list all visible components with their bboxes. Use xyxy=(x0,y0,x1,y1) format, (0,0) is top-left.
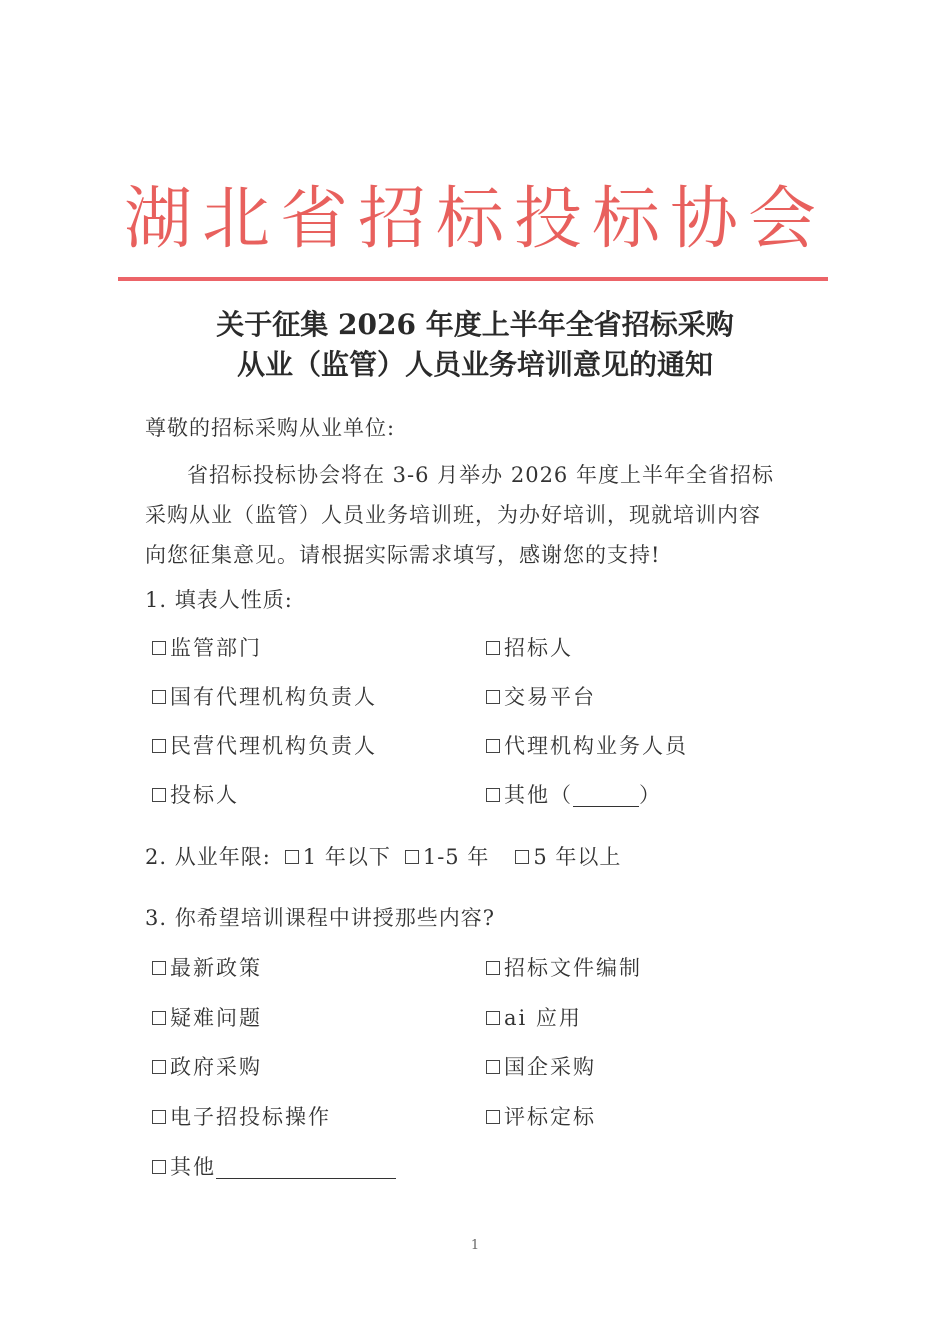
q1-label: 1. 填表人性质: xyxy=(145,585,293,615)
checkbox-icon[interactable] xyxy=(486,690,500,704)
q3-option[interactable]: 最新政策 xyxy=(152,953,262,983)
q3-option[interactable]: ai 应用 xyxy=(486,1003,582,1033)
q1-option[interactable]: 交易平台 xyxy=(486,682,596,712)
q3-option[interactable]: 招标文件编制 xyxy=(486,953,642,983)
q3-option[interactable]: 疑难问题 xyxy=(152,1003,262,1033)
title-line-2: 从业（监管）人员业务培训意见的通知 xyxy=(100,345,850,385)
checkbox-icon[interactable] xyxy=(152,1060,166,1074)
q1-option[interactable]: 监管部门 xyxy=(152,633,262,663)
q1-option[interactable]: 投标人 xyxy=(152,780,239,810)
q2-option[interactable]: 1 年以下 xyxy=(285,842,391,872)
body-line-2: 采购从业（监管）人员业务培训班，为办好培训，现就培训内容 xyxy=(145,495,815,535)
q2-label: 2. 从业年限: xyxy=(145,842,271,872)
body-line-3: 向您征集意见。请根据实际需求填写，感谢您的支持! xyxy=(145,535,815,575)
q3-option-other[interactable]: 其他 xyxy=(152,1152,396,1182)
q1-option[interactable]: 代理机构业务人员 xyxy=(486,731,688,761)
notice-title: 关于征集 2026 年度上半年全省招标采购 从业（监管）人员业务培训意见的通知 xyxy=(100,305,850,385)
checkbox-icon[interactable] xyxy=(152,739,166,753)
q1-option-other[interactable]: 其他（ ） xyxy=(486,780,662,810)
salutation: 尊敬的招标采购从业单位: xyxy=(145,408,395,448)
q1-option[interactable]: 招标人 xyxy=(486,633,573,663)
checkbox-icon[interactable] xyxy=(152,1011,166,1025)
q2-option[interactable]: 5 年以上 xyxy=(515,842,621,872)
q3-option[interactable]: 评标定标 xyxy=(486,1102,596,1132)
checkbox-icon[interactable] xyxy=(486,641,500,655)
checkbox-icon[interactable] xyxy=(486,788,500,802)
q3-option[interactable]: 政府采购 xyxy=(152,1052,262,1082)
q3-label: 3. 你希望培训课程中讲授那些内容? xyxy=(145,903,495,933)
checkbox-icon[interactable] xyxy=(152,690,166,704)
masthead-divider xyxy=(118,277,828,281)
title-line-1: 关于征集 2026 年度上半年全省招标采购 xyxy=(100,305,850,345)
checkbox-icon[interactable] xyxy=(285,850,299,864)
q1-option[interactable]: 民营代理机构负责人 xyxy=(152,731,377,761)
q3-option[interactable]: 国企采购 xyxy=(486,1052,596,1082)
q2-row: 2. 从业年限: 1 年以下 1-5 年 5 年以上 xyxy=(145,842,621,872)
q3-option[interactable]: 电子招投标操作 xyxy=(152,1102,331,1132)
q1-option[interactable]: 国有代理机构负责人 xyxy=(152,682,377,712)
checkbox-icon[interactable] xyxy=(405,850,419,864)
checkbox-icon[interactable] xyxy=(515,850,529,864)
checkbox-icon[interactable] xyxy=(152,641,166,655)
notice-body: 省招标投标协会将在 3-6 月举办 2026 年度上半年全省招标 采购从业（监管… xyxy=(145,455,815,575)
checkbox-icon[interactable] xyxy=(152,961,166,975)
checkbox-icon[interactable] xyxy=(486,1060,500,1074)
page-number: 1 xyxy=(0,1238,950,1253)
checkbox-icon[interactable] xyxy=(486,739,500,753)
checkbox-icon[interactable] xyxy=(486,1011,500,1025)
org-masthead: 湖北省招标投标协会 xyxy=(120,170,830,270)
other-fill-blank[interactable] xyxy=(216,1156,396,1179)
q2-option[interactable]: 1-5 年 xyxy=(405,842,490,872)
other-fill-blank[interactable] xyxy=(573,784,639,807)
checkbox-icon[interactable] xyxy=(152,1110,166,1124)
checkbox-icon[interactable] xyxy=(152,788,166,802)
checkbox-icon[interactable] xyxy=(152,1160,166,1174)
checkbox-icon[interactable] xyxy=(486,1110,500,1124)
body-line-1: 省招标投标协会将在 3-6 月举办 2026 年度上半年全省招标 xyxy=(145,455,815,495)
checkbox-icon[interactable] xyxy=(486,961,500,975)
